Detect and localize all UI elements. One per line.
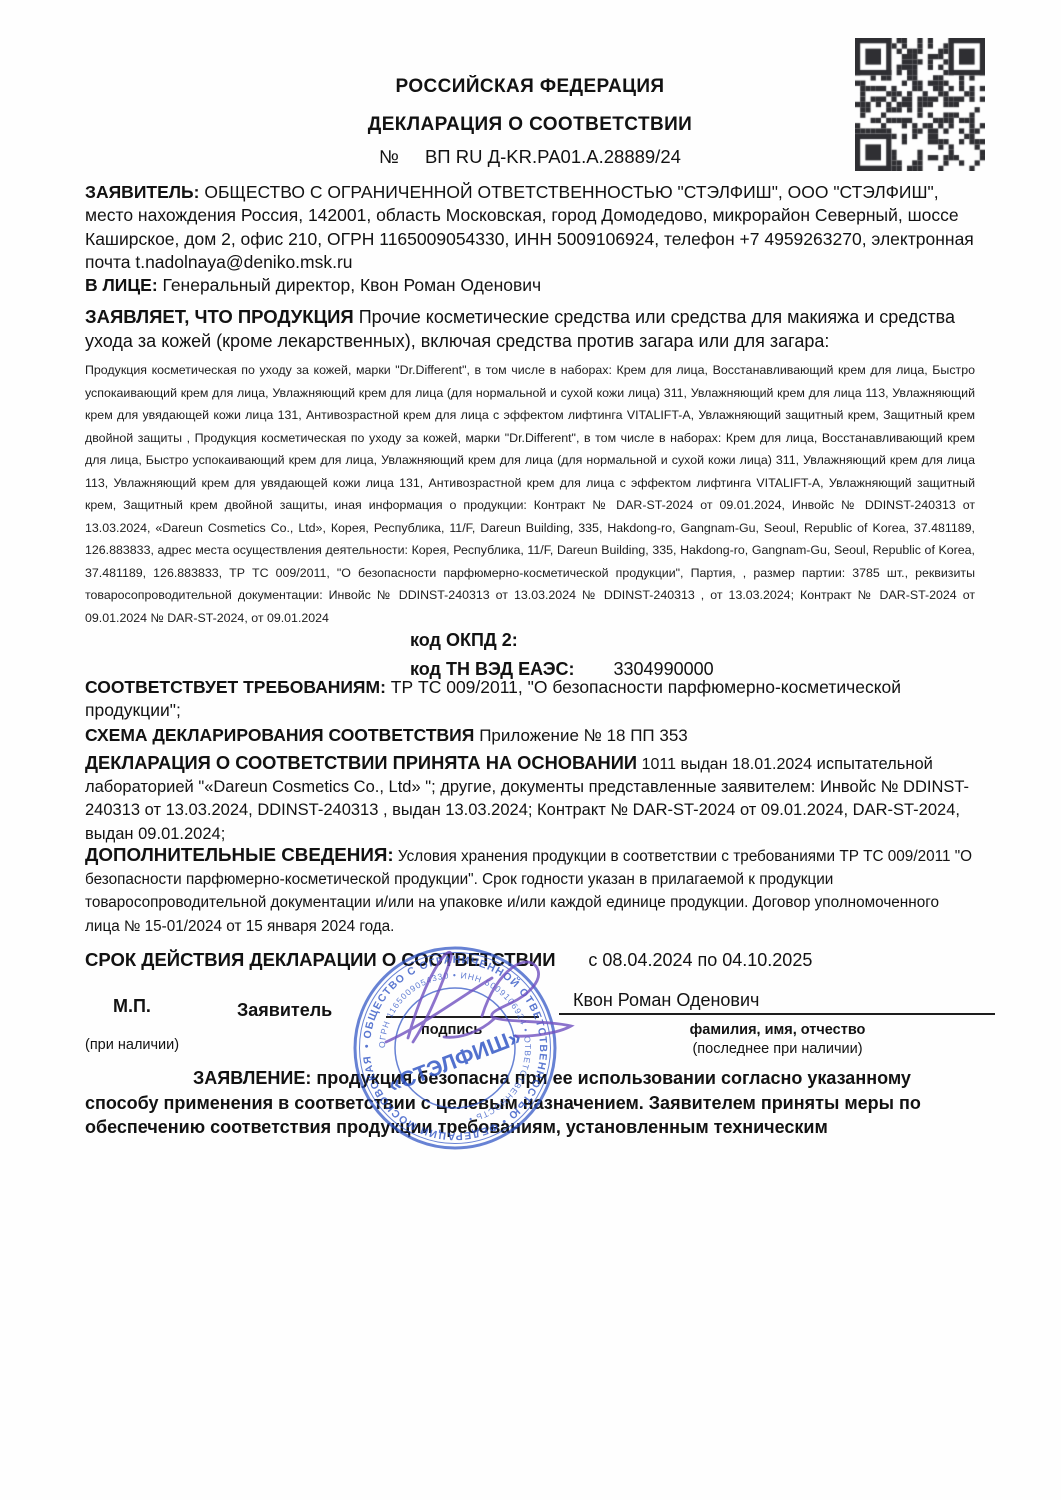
country-header: РОССИЙСКАЯ ФЕДЕРАЦИЯ (85, 76, 975, 98)
in-person-text: Генеральный директор, Квон Роман Оденови… (163, 275, 542, 295)
basis-label: ДЕКЛАРАЦИЯ О СООТВЕТСТВИИ ПРИНЯТА НА ОСН… (85, 752, 637, 773)
in-person-label: В ЛИЦЕ: (85, 275, 158, 295)
name-line (559, 1013, 995, 1015)
compliance-paragraph: СООТВЕТСТВУЕТ ТРЕБОВАНИЯМ: ТР ТС 009/201… (85, 676, 975, 723)
in-person-line: В ЛИЦЕ: Генеральный директор, Квон Роман… (85, 274, 975, 297)
scheme-text: Приложение № 18 ПП 353 (479, 726, 688, 745)
product-details: Продукция косметическая по уходу за коже… (85, 359, 975, 629)
name-caption-note: (последнее при наличии) (600, 1041, 955, 1057)
scheme-line: СХЕМА ДЕКЛАРИРОВАНИЯ СООТВЕТСТВИЯ Прилож… (85, 724, 975, 747)
signer-role-label: Заявитель (237, 1000, 332, 1021)
number-value: ВП RU Д-KR.РА01.А.28889/24 (425, 146, 681, 167)
additional-paragraph: ДОПОЛНИТЕЛЬНЫЕ СВЕДЕНИЯ: Условия хранени… (85, 843, 975, 938)
declaration-document: РОССИЙСКАЯ ФЕДЕРАЦИЯ ДЕКЛАРАЦИЯ О СООТВЕ… (0, 0, 1061, 1500)
statement-label: ЗАЯВЛЕНИЕ: (193, 1068, 311, 1088)
document-title: ДЕКЛАРАЦИЯ О СООТВЕТСТВИИ (85, 114, 975, 136)
stamp-place-label: М.П. (113, 996, 151, 1017)
scheme-label: СХЕМА ДЕКЛАРИРОВАНИЯ СООТВЕТСТВИЯ (85, 725, 474, 745)
signature-line (386, 1016, 539, 1018)
number-sign: № (379, 146, 399, 167)
okpd-code-label: код ОКПД 2: (410, 626, 714, 655)
basis-paragraph: ДЕКЛАРАЦИЯ О СООТВЕТСТВИИ ПРИНЯТА НА ОСН… (85, 751, 975, 846)
declares-label: ЗАЯВЛЯЕТ, ЧТО ПРОДУКЦИЯ (85, 306, 354, 327)
declares-paragraph: ЗАЯВЛЯЕТ, ЧТО ПРОДУКЦИЯ Прочие косметиче… (85, 305, 975, 353)
validity-dates: с 08.04.2024 по 04.10.2025 (588, 950, 812, 970)
signature-caption: подпись (421, 1022, 482, 1038)
name-caption: фамилия, имя, отчество (600, 1022, 955, 1038)
additional-label: ДОПОЛНИТЕЛЬНЫЕ СВЕДЕНИЯ: (85, 844, 394, 865)
applicant-paragraph: ЗАЯВИТЕЛЬ: ОБЩЕСТВО С ОГРАНИЧЕННОЙ ОТВЕТ… (85, 181, 975, 275)
validity-line: СРОК ДЕЙСТВИЯ ДЕКЛАРАЦИИ О СООТВЕТСТВИИ … (85, 948, 975, 972)
applicant-text: ОБЩЕСТВО С ОГРАНИЧЕННОЙ ОТВЕТСТВЕННОСТЬЮ… (85, 182, 974, 272)
basis-lead: 1011 выдан 18.01.2024 (642, 756, 812, 773)
declaration-number: №ВП RU Д-KR.РА01.А.28889/24 (85, 146, 975, 168)
compliance-label: СООТВЕТСТВУЕТ ТРЕБОВАНИЯМ: (85, 677, 386, 697)
stamp-place-note: (при наличии) (85, 1037, 179, 1053)
signer-name: Квон Роман Оденович (573, 990, 759, 1011)
applicant-label: ЗАЯВИТЕЛЬ: (85, 182, 199, 202)
statement-paragraph: ЗАЯВЛЕНИЕ: продукция безопасна при ее ис… (85, 1066, 975, 1140)
validity-label: СРОК ДЕЙСТВИЯ ДЕКЛАРАЦИИ О СООТВЕТСТВИИ (85, 949, 556, 970)
